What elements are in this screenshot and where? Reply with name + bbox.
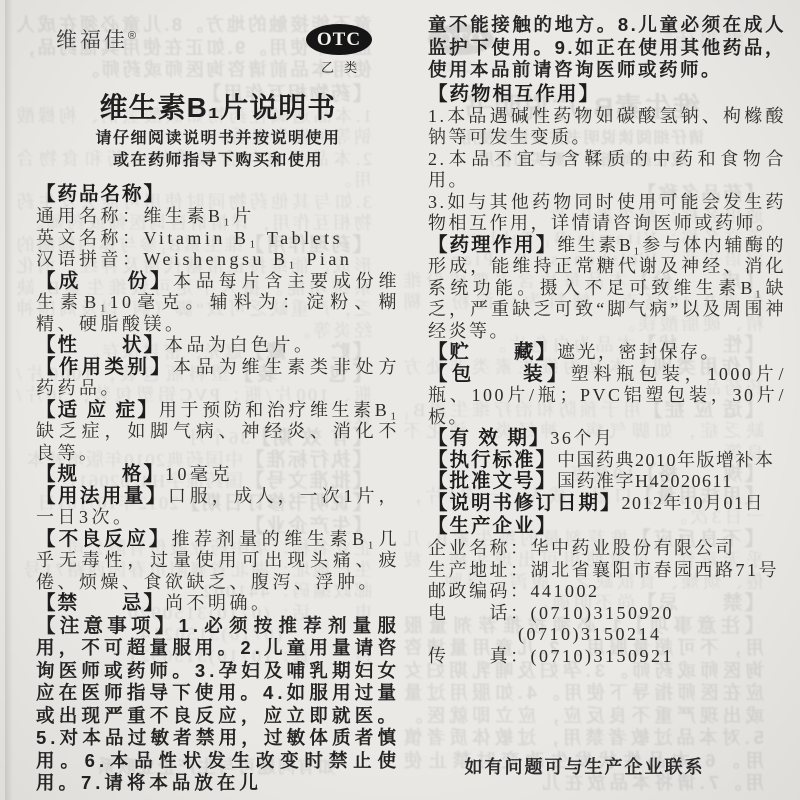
generic-name-line: 通用名称：维生素B₁片 [36,206,400,228]
otc-class-label: 乙类 [306,57,372,76]
section-indications-heading: 【适 应 症】 [36,399,159,421]
section-storage-body: 遮光，密封保存。 [557,342,721,362]
section-adverse-reactions: 【不良反应】推荐剂量的维生素B₁几乎无毒性，过量使用可出现头痛、疲倦、烦燥、食欲… [36,529,400,594]
registered-mark: ® [128,30,136,42]
pinyin-name-line: 汉语拼音：Weishengsu B₁ Pian [36,249,400,271]
phone-line-2: (0710)3150214 [428,624,786,646]
section-character-body: 本品为白色片。 [165,335,316,355]
interactions-item-1: 1.本品遇碱性药物如碳酸氢钠、枸橼酸钠等可发生变质。 [428,106,786,149]
section-storage: 【贮 藏】遮光，密封保存。 [428,342,786,364]
postcode-line: 邮政编码：441002 [428,581,786,603]
section-pharmacology: 【药理作用】维生素B₁参与体内辅酶的形成，能维持正常糖代谢及神经、消化系统功能。… [428,235,786,343]
section-strength-body: 10毫克 [165,464,233,484]
address-line: 生产地址：湖北省襄阳市春园西路71号 [428,560,786,582]
section-packaging: 【包 装】塑料瓶包装，1000片/瓶、100片/瓶；PVC铝塑包装，30片/板。 [428,364,786,429]
section-approval-number: 【批准文号】国药准字H42020611 [428,471,786,493]
section-precautions-body: 1.必须按推荐剂量服用，不可超量服用。2.儿童用量请咨询医师或药师。3.孕妇及哺… [36,615,400,794]
section-indications: 【适 应 症】用于预防和治疗维生素B₁缺乏症，如脚气病、神经炎、消化不良等。 [36,400,400,465]
section-validity: 【有 效 期】36个月 [428,428,786,450]
section-strength: 【规 格】10毫克 [36,464,400,486]
contact-note: 如有问题可与生产企业联系 [428,753,786,779]
section-manufacturer-heading: 【生产企业】 [428,514,786,538]
interactions-item-2: 2.本品不宜与含鞣质的中药和食物合用。 [428,149,786,192]
page-title: 维生素B₁片说明书 [36,86,400,126]
subtitle-line-1: 请仔细阅读说明书并按说明使用 [36,128,400,150]
interactions-item-3: 3.如与其他药物同时使用可能会发生药物相互作用，详情请咨询医师或药师。 [428,192,786,235]
otc-ellipse-logo: OTC [306,24,372,55]
right-column: 童不能接触的地方。8.儿童必须在成人监护下使用。9.如正在使用其他药品，使用本品… [428,14,786,779]
section-composition-heading: 【成 份】 [36,270,173,292]
section-contraindications-heading: 【禁 忌】 [36,592,165,614]
section-contraindications-body: 尚不明确。 [165,593,273,613]
section-approval-body: 国药准字H42020611 [557,471,733,491]
fax-line: 传 真：(0710)3150921 [428,646,786,668]
section-standard-body: 中国药典2010年版增补本 [557,450,775,470]
section-drug-name-heading: 【药品名称】 [36,182,400,206]
section-standard: 【执行标准】中国药典2010年版增补本 [428,450,786,472]
company-name-line: 企业名称：华中药业股份有限公司 [428,538,786,560]
section-dosage: 【用法用量】口服，成人，一次1片，一日3次。 [36,486,400,529]
left-column-body: 【药品名称】 通用名称：维生素B₁片 英文名称：Vitamin B₁ Table… [36,182,400,795]
section-contraindications: 【禁 忌】尚不明确。 [36,593,400,615]
section-category-heading: 【作用类别】 [36,356,173,378]
subtitle-line-2: 或在药师指导下购买和使用 [36,150,400,172]
leaflet-page: 维福佳® OTC 乙类 维生素B₁片说明书 请仔细阅读说明书并按说明使用 或在药… [0,0,800,800]
section-approval-heading: 【批准文号】 [428,470,557,492]
english-name-line: 英文名称：Vitamin B₁ Tablets [36,228,400,250]
section-category: 【作用类别】本品为维生素类非处方药药品。 [36,357,400,400]
otc-badge: OTC 乙类 [306,24,372,76]
brand-name: 维福佳® [56,24,136,54]
section-validity-heading: 【有 效 期】 [428,427,550,449]
section-composition: 【成 份】本品每片含主要成份维生素B₁10毫克。辅料为：淀粉、糊精、硬脂酸镁。 [36,271,400,336]
section-revision-heading: 【说明书修订日期】 [428,492,622,514]
section-pharmacology-heading: 【药理作用】 [428,234,557,256]
section-strength-heading: 【规 格】 [36,463,165,485]
phone-line: 电 话：(0710)3150920 [428,603,786,625]
section-precautions: 【注意事项】1.必须按推荐剂量服用，不可超量服用。2.儿童用量请咨询医师或药师。… [36,615,400,795]
section-packaging-heading: 【包 装】 [428,363,571,385]
section-interactions-heading: 【药物相互作用】 [428,82,786,106]
section-revision-body: 2012年10月01日 [622,493,765,513]
section-character-heading: 【性 状】 [36,334,165,356]
section-precautions-continued: 童不能接触的地方。8.儿童必须在成人监护下使用。9.如正在使用其他药品，使用本品… [428,14,786,82]
section-dosage-heading: 【用法用量】 [36,485,168,507]
section-validity-body: 36个月 [550,428,614,448]
section-storage-heading: 【贮 藏】 [428,341,557,363]
section-revision-date: 【说明书修订日期】2012年10月01日 [428,493,786,515]
brand-text: 维福佳 [56,29,128,52]
section-character: 【性 状】本品为白色片。 [36,335,400,357]
left-column: 维福佳® OTC 乙类 维生素B₁片说明书 请仔细阅读说明书并按说明使用 或在药… [36,16,400,795]
section-precautions-heading: 【注意事项】 [36,615,179,637]
section-adverse-heading: 【不良反应】 [36,528,171,550]
header: 维福佳® OTC 乙类 [56,24,400,80]
section-standard-heading: 【执行标准】 [428,449,557,471]
